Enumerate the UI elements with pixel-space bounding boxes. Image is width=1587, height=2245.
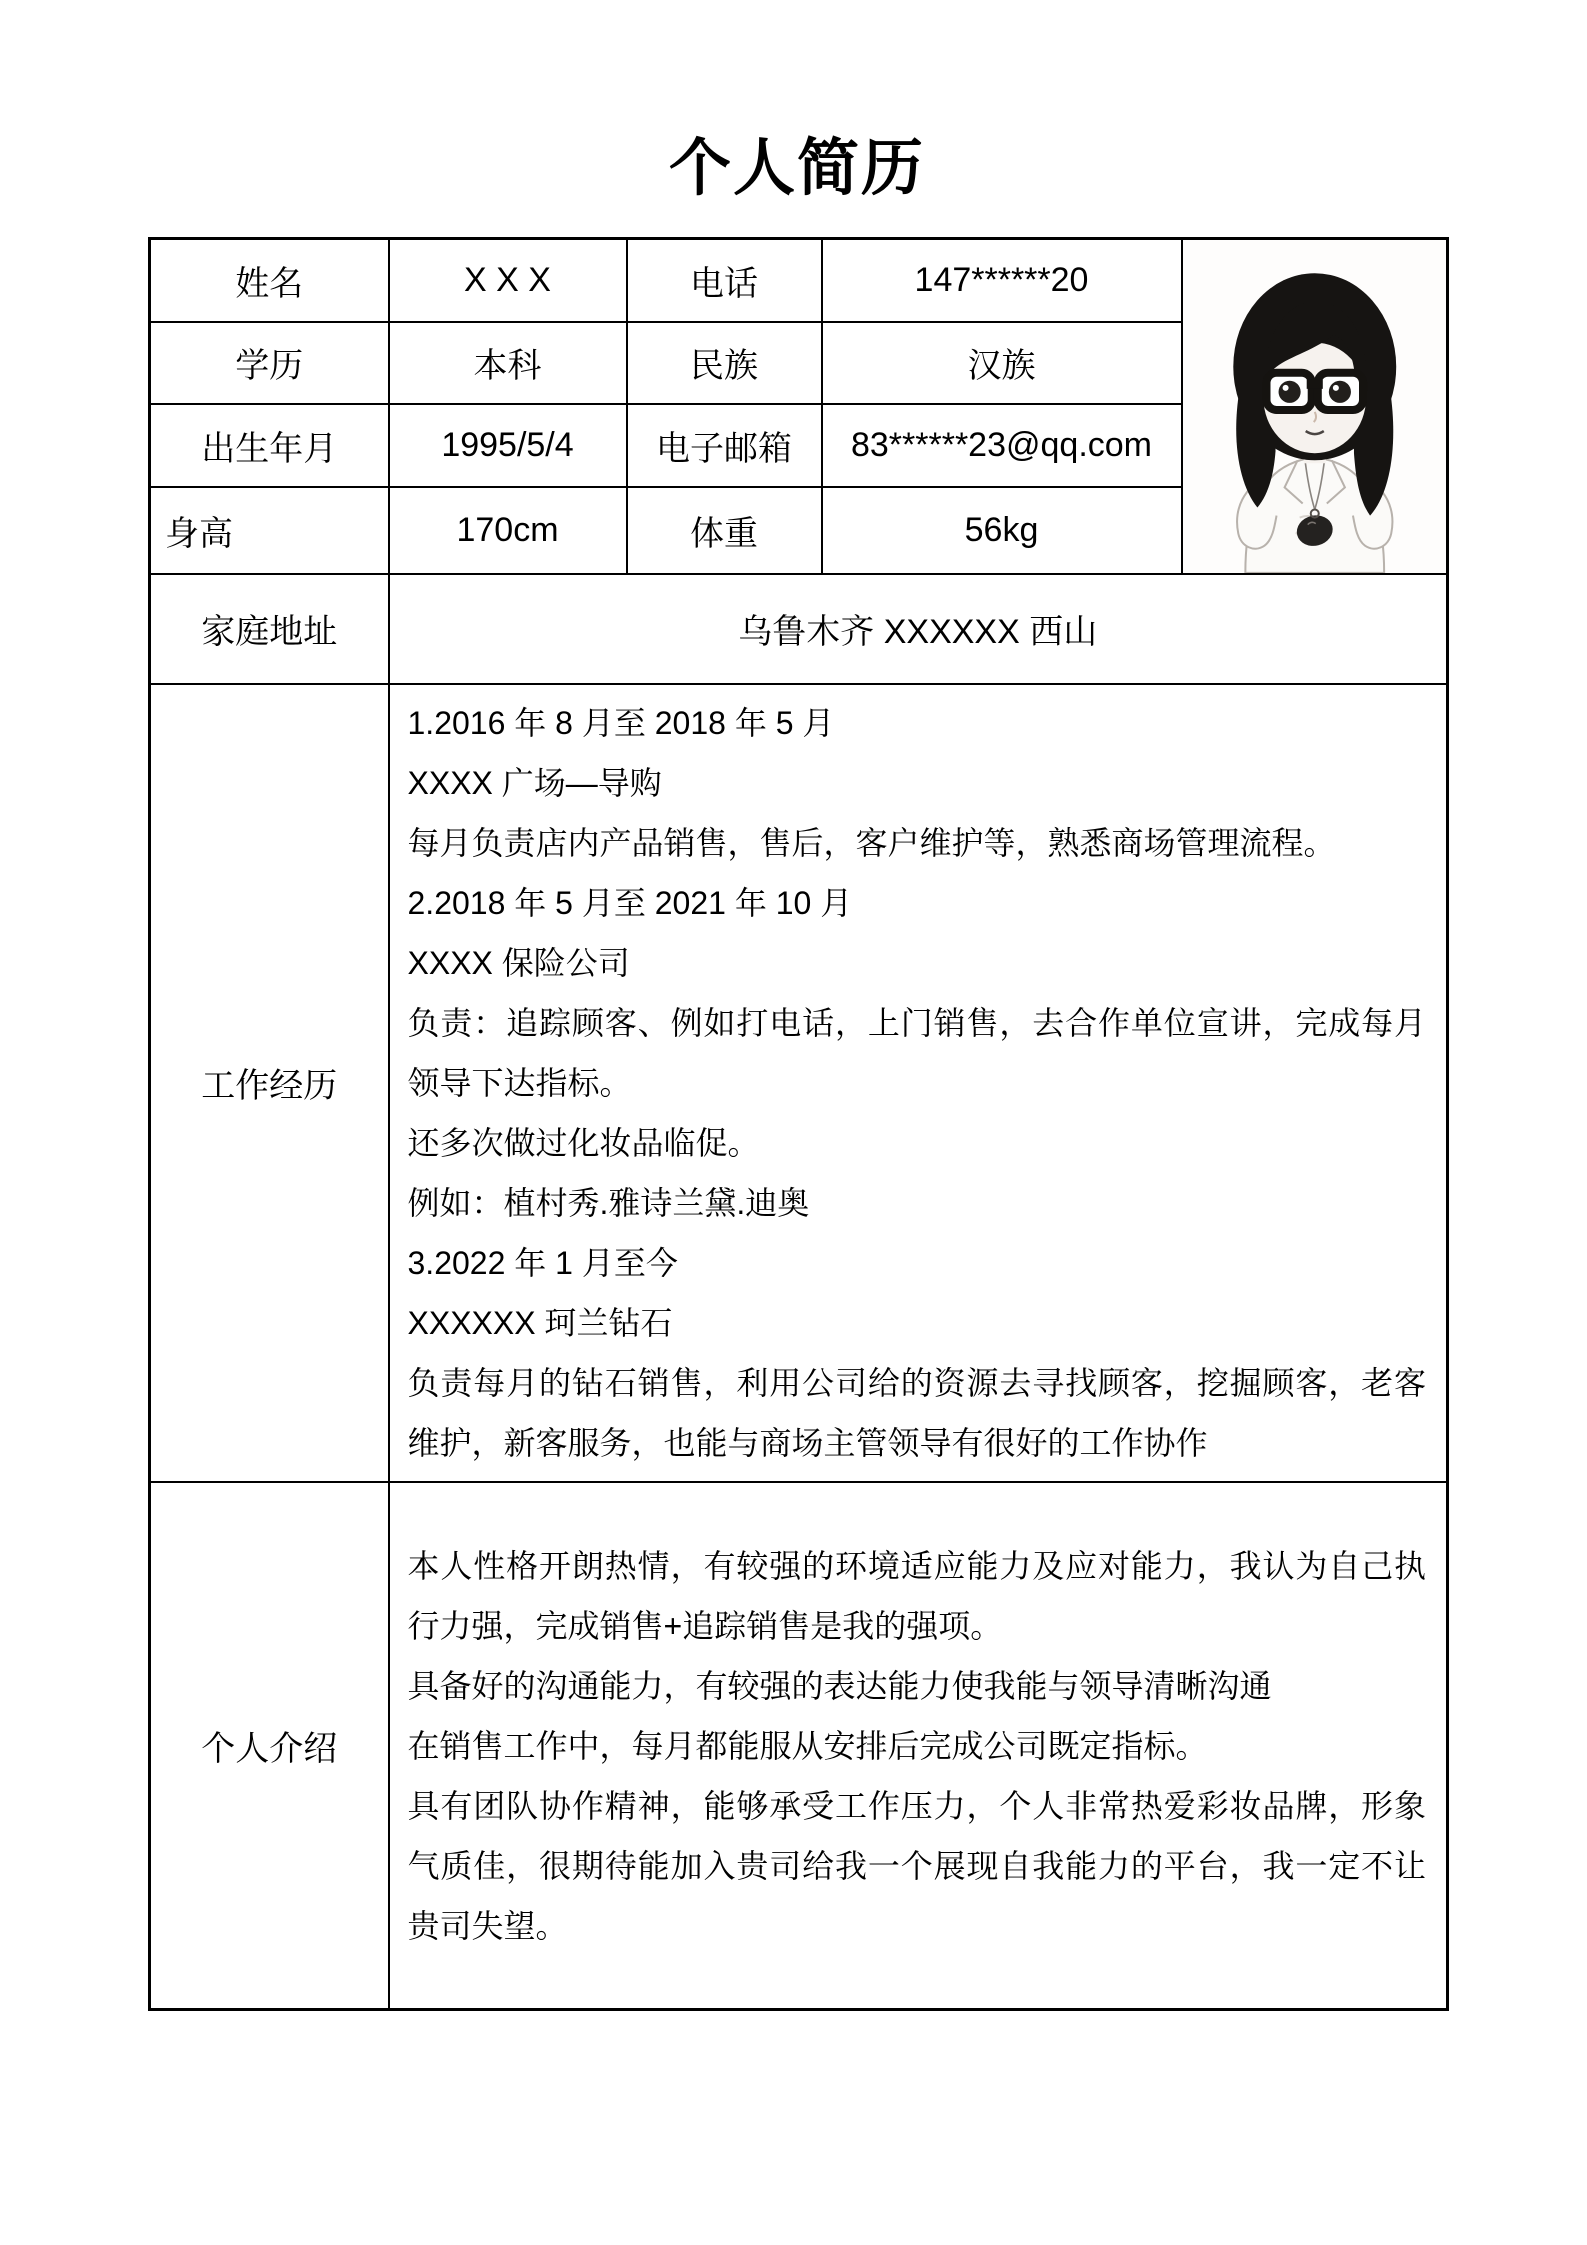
page-title: 个人简历: [148, 118, 1446, 207]
paragraph-line: 具有团队协作精神，能够承受工作压力，个人非常热爱彩妆品牌，形象气质佳，很期待能加…: [408, 1776, 1427, 1956]
paragraph-line: 3.2022 年 1 月至今: [408, 1233, 1427, 1293]
paragraph-line: 具备好的沟通能力，有较强的表达能力使我能与领导清晰沟通: [408, 1656, 1427, 1716]
paragraph-line: 负责：追踪顾客、例如打电话，上门销售，去合作单位宣讲，完成每月领导下达指标。: [408, 993, 1427, 1113]
label-height: 身高: [150, 487, 389, 574]
girl-avatar-illustration: [1183, 240, 1447, 573]
row-name-phone: 姓名 X X X 电话 147******20: [150, 239, 1448, 322]
value-weight: 56kg: [822, 487, 1182, 574]
label-weight: 体重: [627, 487, 822, 574]
row-work-experience: 工作经历 1.2016 年 8 月至 2018 年 5 月XXXX 广场—导购每…: [150, 684, 1448, 1482]
paragraph-line: 负责每月的钻石销售，利用公司给的资源去寻找顾客，挖掘顾客，老客维护，新客服务，也…: [408, 1353, 1427, 1473]
value-name: X X X: [389, 239, 627, 322]
label-email: 电子邮箱: [627, 404, 822, 487]
paragraph-line: XXXX 保险公司: [408, 933, 1427, 993]
profile-photo: [1182, 239, 1448, 574]
value-address: 乌鲁木齐 XXXXXX 西山: [389, 574, 1448, 684]
paragraph-line: 例如：植村秀.雅诗兰黛.迪奥: [408, 1173, 1427, 1233]
value-education: 本科: [389, 322, 627, 404]
label-education: 学历: [150, 322, 389, 404]
label-address: 家庭地址: [150, 574, 389, 684]
paragraph-line: 1.2016 年 8 月至 2018 年 5 月: [408, 693, 1427, 753]
work-experience-content: 1.2016 年 8 月至 2018 年 5 月XXXX 广场—导购每月负责店内…: [389, 684, 1448, 1482]
paragraph-line: XXXXXX 珂兰钻石: [408, 1293, 1427, 1353]
label-name: 姓名: [150, 239, 389, 322]
resume-table: 姓名 X X X 电话 147******20: [148, 237, 1449, 2011]
paragraph-line: 2.2018 年 5 月至 2021 年 10 月: [408, 873, 1427, 933]
paragraph-line: 还多次做过化妆品临促。: [408, 1113, 1427, 1173]
paragraph-line: 本人性格开朗热情，有较强的环境适应能力及应对能力，我认为自己执行力强，完成销售+…: [408, 1536, 1427, 1656]
row-address: 家庭地址 乌鲁木齐 XXXXXX 西山: [150, 574, 1448, 684]
value-height: 170cm: [389, 487, 627, 574]
paragraph-line: 每月负责店内产品销售，售后，客户维护等，熟悉商场管理流程。: [408, 813, 1427, 873]
label-personal-intro: 个人介绍: [150, 1482, 389, 2010]
label-ethnicity: 民族: [627, 322, 822, 404]
personal-intro-content: 本人性格开朗热情，有较强的环境适应能力及应对能力，我认为自己执行力强，完成销售+…: [389, 1482, 1448, 2010]
value-birthdate: 1995/5/4: [389, 404, 627, 487]
paragraph-line: 在销售工作中，每月都能服从安排后完成公司既定指标。: [408, 1716, 1427, 1776]
label-phone: 电话: [627, 239, 822, 322]
paragraph-line: XXXX 广场—导购: [408, 753, 1427, 813]
value-phone: 147******20: [822, 239, 1182, 322]
value-email: 83******23@qq.com: [822, 404, 1182, 487]
row-personal-intro: 个人介绍 本人性格开朗热情，有较强的环境适应能力及应对能力，我认为自己执行力强，…: [150, 1482, 1448, 2010]
label-birthdate: 出生年月: [150, 404, 389, 487]
value-ethnicity: 汉族: [822, 322, 1182, 404]
label-work-experience: 工作经历: [150, 684, 389, 1482]
